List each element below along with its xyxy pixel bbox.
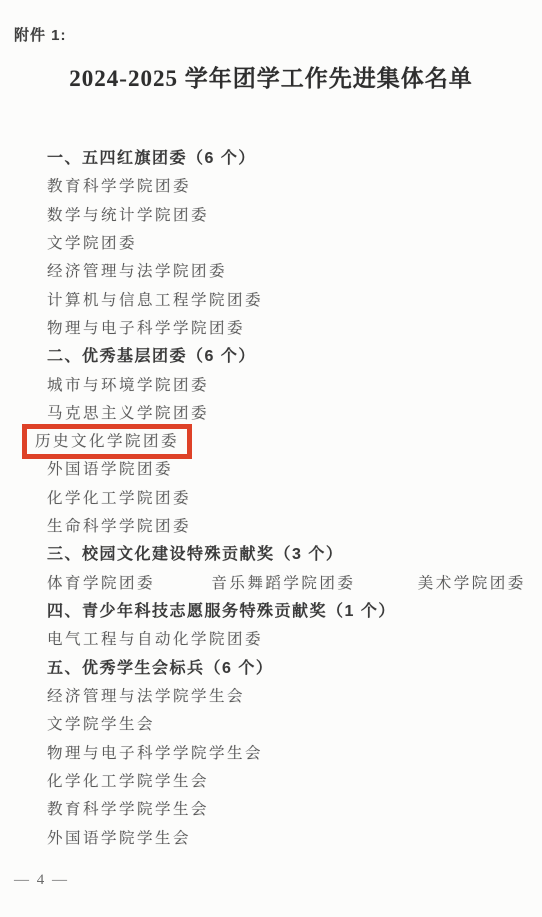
list-item: 化学化工学院团委 bbox=[47, 485, 542, 513]
section-heading-1: 一、五四红旗团委（6 个） bbox=[47, 145, 542, 173]
section-heading-3: 三、校园文化建设特殊贡献奖（3 个） bbox=[47, 541, 542, 569]
list-item: 教育科学学院学生会 bbox=[47, 796, 542, 824]
list-item: 计算机与信息工程学院团委 bbox=[47, 287, 542, 315]
list-item: 数学与统计学院团委 bbox=[47, 202, 542, 230]
section-heading-2: 二、优秀基层团委（6 个） bbox=[47, 343, 542, 371]
list-item: 教育科学学院团委 bbox=[47, 173, 542, 201]
page-number: — 4 — bbox=[14, 872, 69, 889]
list-item: 体育学院团委 bbox=[47, 570, 205, 598]
list-item: 文学院学生会 bbox=[47, 711, 542, 739]
list-item: 城市与环境学院团委 bbox=[47, 372, 542, 400]
list-row: 体育学院团委 音乐舞蹈学院团委 美术学院团委 bbox=[47, 570, 542, 598]
document-page: 附件 1: 2024-2025 学年团学工作先进集体名单 一、五四红旗团委（6 … bbox=[0, 0, 542, 917]
list-item: 经济管理与法学院团委 bbox=[47, 258, 542, 286]
attachment-label: 附件 1: bbox=[14, 24, 67, 45]
list-item: 音乐舞蹈学院团委 bbox=[211, 570, 411, 598]
document-body: 一、五四红旗团委（6 个） 教育科学学院团委 数学与统计学院团委 文学院团委 经… bbox=[47, 145, 542, 853]
red-highlight-box: 历史文化学院团委 bbox=[22, 424, 192, 459]
list-item: 外国语学院团委 bbox=[47, 456, 542, 484]
list-item: 电气工程与自动化学院团委 bbox=[47, 626, 542, 654]
section-heading-4: 四、青少年科技志愿服务特殊贡献奖（1 个） bbox=[47, 598, 542, 626]
list-item: 经济管理与法学院学生会 bbox=[47, 683, 542, 711]
list-item: 美术学院团委 bbox=[418, 570, 526, 598]
list-item: 生命科学学院团委 bbox=[47, 513, 542, 541]
page-title: 2024-2025 学年团学工作先进集体名单 bbox=[0, 60, 542, 93]
list-item: 文学院团委 bbox=[47, 230, 542, 258]
list-item: 外国语学院学生会 bbox=[47, 825, 542, 853]
list-item: 物理与电子科学学院学生会 bbox=[47, 740, 542, 768]
list-item: 化学化工学院学生会 bbox=[47, 768, 542, 796]
list-item-highlighted: 历史文化学院团委 bbox=[47, 428, 542, 456]
section-heading-5: 五、优秀学生会标兵（6 个） bbox=[47, 655, 542, 683]
list-item: 物理与电子科学学院团委 bbox=[47, 315, 542, 343]
